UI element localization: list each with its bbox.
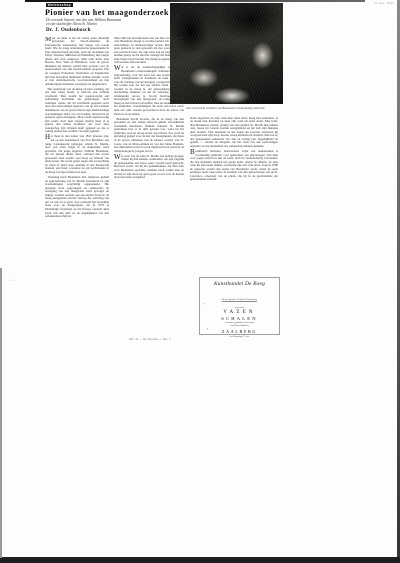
section-tag: Wetenschap [46,3,73,8]
photo-caption: Een onverwacht schilderij van Beaumont's… [167,107,284,110]
body-paragraph: Het onderzoek van de maag en hare werkin… [45,88,109,134]
drop-cap: B [190,150,195,156]
ad-description-line-2: van Plateelbakkerij [200,325,279,328]
scan-bottom-edge [0,557,400,563]
subtitle-line-2: en zijn slachtoffer Alexis St. Martin [46,22,121,26]
margin-mark: —·— [8,278,15,282]
ad-address: Keizersgracht 765 bij de Vijzelstraat [222,298,257,303]
drop-cap: W [114,155,121,161]
drop-cap: M [45,37,52,43]
ad-description: en andere gebruiksvoorwerpen van Plateel… [200,322,279,328]
ad-bullet-icon: • [204,302,205,306]
scan-top-edge [25,0,365,2]
newspaper-page-scan: 21 Jan. 1947 —·— Wetenschap Pionier van … [0,0,400,563]
article-author: Dr. J. Oudenbosch [46,28,91,33]
article-column-1: Meer en meer is het de laatste jaren dui… [45,37,109,333]
drop-cap: H [45,135,51,141]
ad-bullet-icon: • [207,327,208,331]
photo-halftone-grain [170,3,283,104]
body-paragraph: Jarenlang heeft Beaumont met eindeloos g… [45,176,109,219]
page-footer-line: Afl. II — De Groene — No. 7 [113,338,187,341]
article-subtitle: De vreemde historie van den arts William… [46,18,121,27]
corner-note: 21 Jan. 1947 [374,1,394,5]
body-paragraph: Men vulle het bovenstaande niet aan met … [114,37,184,65]
drop-cap: W [114,66,121,72]
article-photo [170,3,283,104]
ad-exposeert-line: exposeert [200,306,279,309]
scan-left-edge [0,268,2,558]
article-title: Pionier van het maagonderzoek [45,8,169,17]
body-paragraph: Meer en meer is het de laatste jaren dui… [45,37,109,87]
body-paragraph: Beaumont's nuchtere, betrouwbare wijze v… [190,150,278,182]
article-column-3: dolen ingericht; de man, dien men zijne … [190,117,278,277]
body-paragraph: Wat is nu de wetenschappelijke waarde va… [114,66,184,116]
ad-date-note: t/m Zaterdag 27 Jan. [200,335,279,338]
ad-product-vazen: VAZEN [200,310,279,315]
advertisement: Kunsthandel De Boeg Keizersgracht 765 bi… [199,277,280,335]
body-paragraph: dolen ingericht; de man, dien men zijne … [190,117,278,149]
article-column-2: Men vulle het bovenstaande niet aan met … [114,37,184,333]
body-paragraph: Wie weet wat de oude St. Martin zou hebb… [114,155,184,180]
ad-brand-zaalberg: ZAALBERG [200,329,279,334]
body-paragraph: Het moet in den zomer van 1822 geweest z… [45,135,109,174]
body-paragraph: Beaumont mocht ervaren, dat in de maag v… [114,118,184,153]
